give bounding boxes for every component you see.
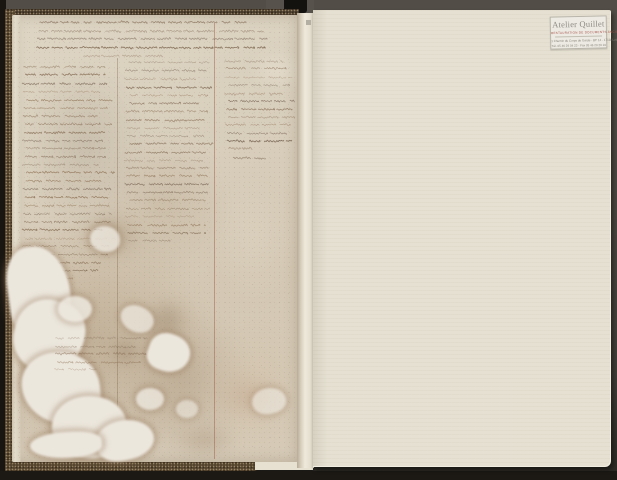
restorer-label-title: Atelier Quillet [551, 18, 606, 29]
restorer-label-phone: Tél. 05 46 29 04 23 - Fax 05 46 29 29 19 [551, 43, 606, 47]
scan-background-bottom-edge [0, 471, 617, 480]
restorer-label: Atelier Quillet RESTAURATION DE DOCUMENT… [550, 15, 608, 49]
blank-page-right: Atelier Quillet RESTAURATION DE DOCUMENT… [313, 10, 611, 467]
restorer-label-address: 1 Chemin du Corps de Garde - BP 14 - 171… [551, 38, 606, 42]
gutter-marker-square [306, 20, 311, 25]
paper-loss-patch [176, 400, 198, 418]
restorer-label-divider [555, 35, 602, 37]
paper-loss-patch [136, 388, 164, 410]
paper-loss-patch [58, 296, 92, 322]
page-gutter [297, 13, 314, 468]
paper-loss-patch [90, 226, 120, 252]
scanned-book-spread: Atelier Quillet RESTAURATION DE DOCUMENT… [0, 0, 617, 480]
